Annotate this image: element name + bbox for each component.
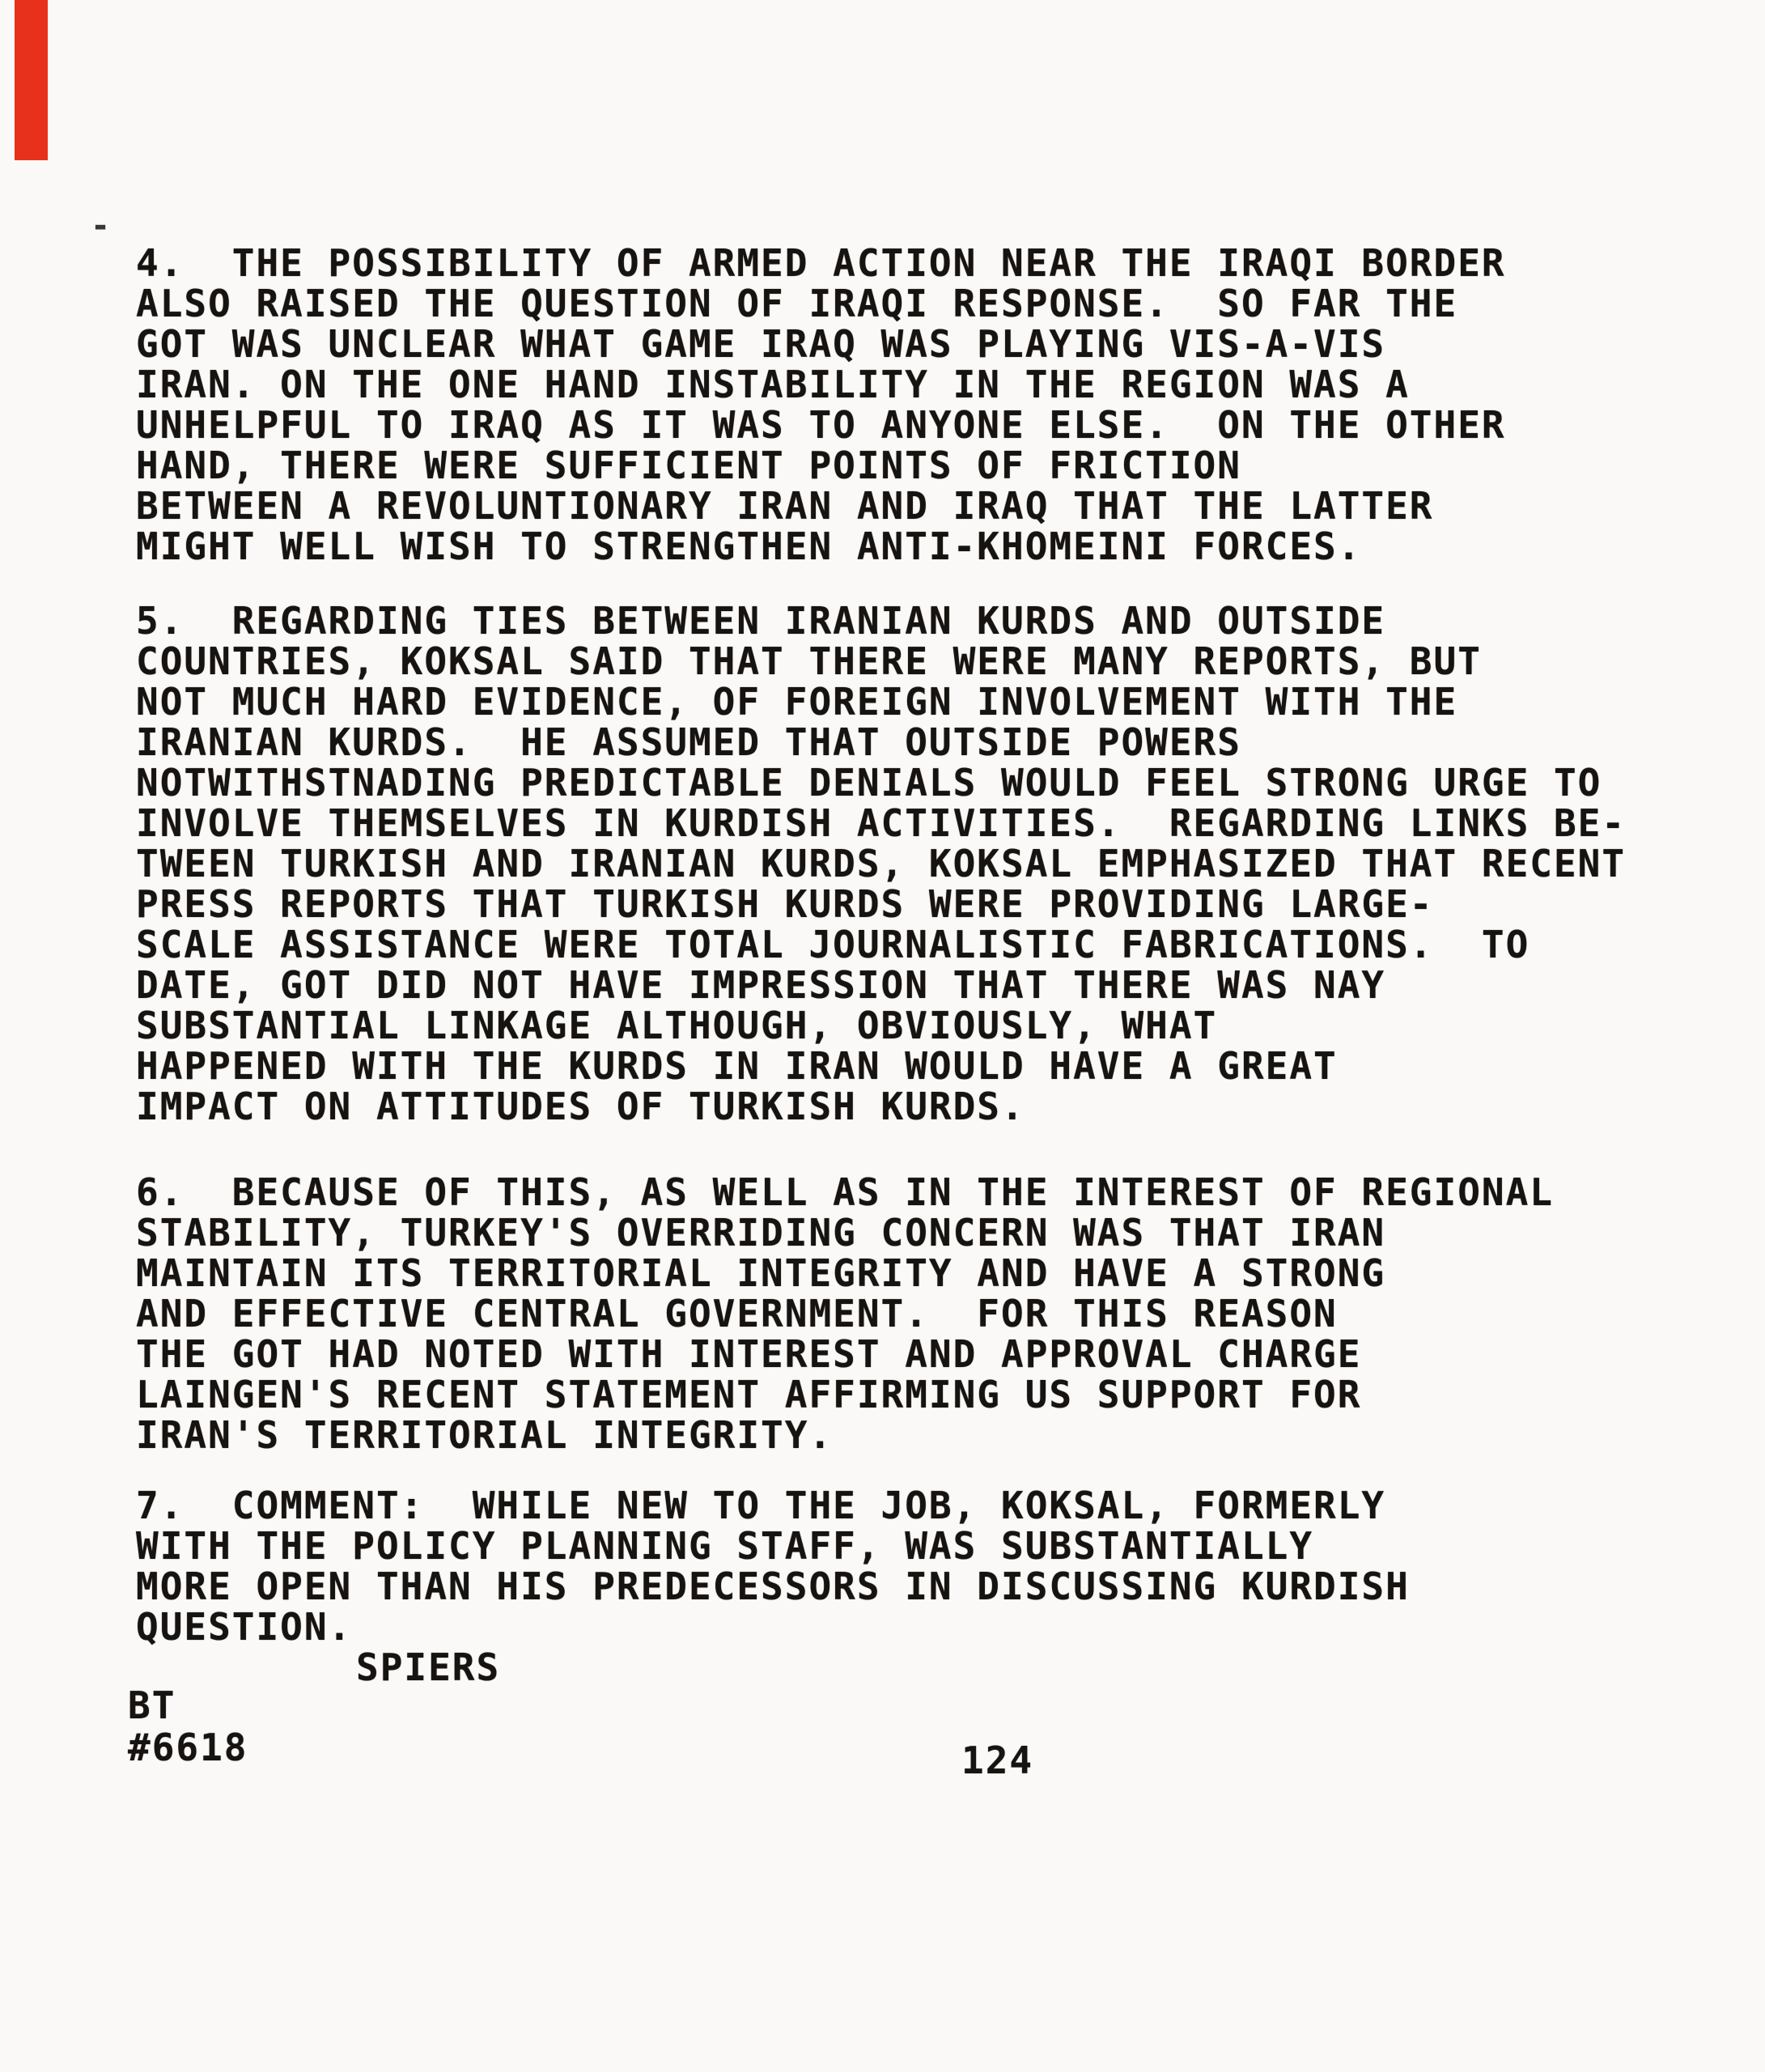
page-number: 124 — [961, 1740, 1033, 1781]
scan-artifact-dash: - — [91, 207, 110, 244]
classification-bar — [15, 0, 48, 160]
signoff-name: SPIERS — [356, 1647, 500, 1688]
paragraph-6: 6. BECAUSE OF THIS, AS WELL AS IN THE IN… — [136, 1172, 1554, 1455]
paragraph-4: 4. THE POSSIBILITY OF ARMED ACTION NEAR … — [136, 243, 1506, 567]
paragraph-7: 7. COMMENT: WHILE NEW TO THE JOB, KOKSAL… — [136, 1485, 1410, 1647]
paragraph-5: 5. REGARDING TIES BETWEEN IRANIAN KURDS … — [136, 601, 1626, 1127]
bt-marker: BT — [128, 1685, 176, 1726]
document-page: - 4. THE POSSIBILITY OF ARMED ACTION NEA… — [0, 0, 1765, 2072]
serial-number: #6618 — [128, 1727, 248, 1768]
